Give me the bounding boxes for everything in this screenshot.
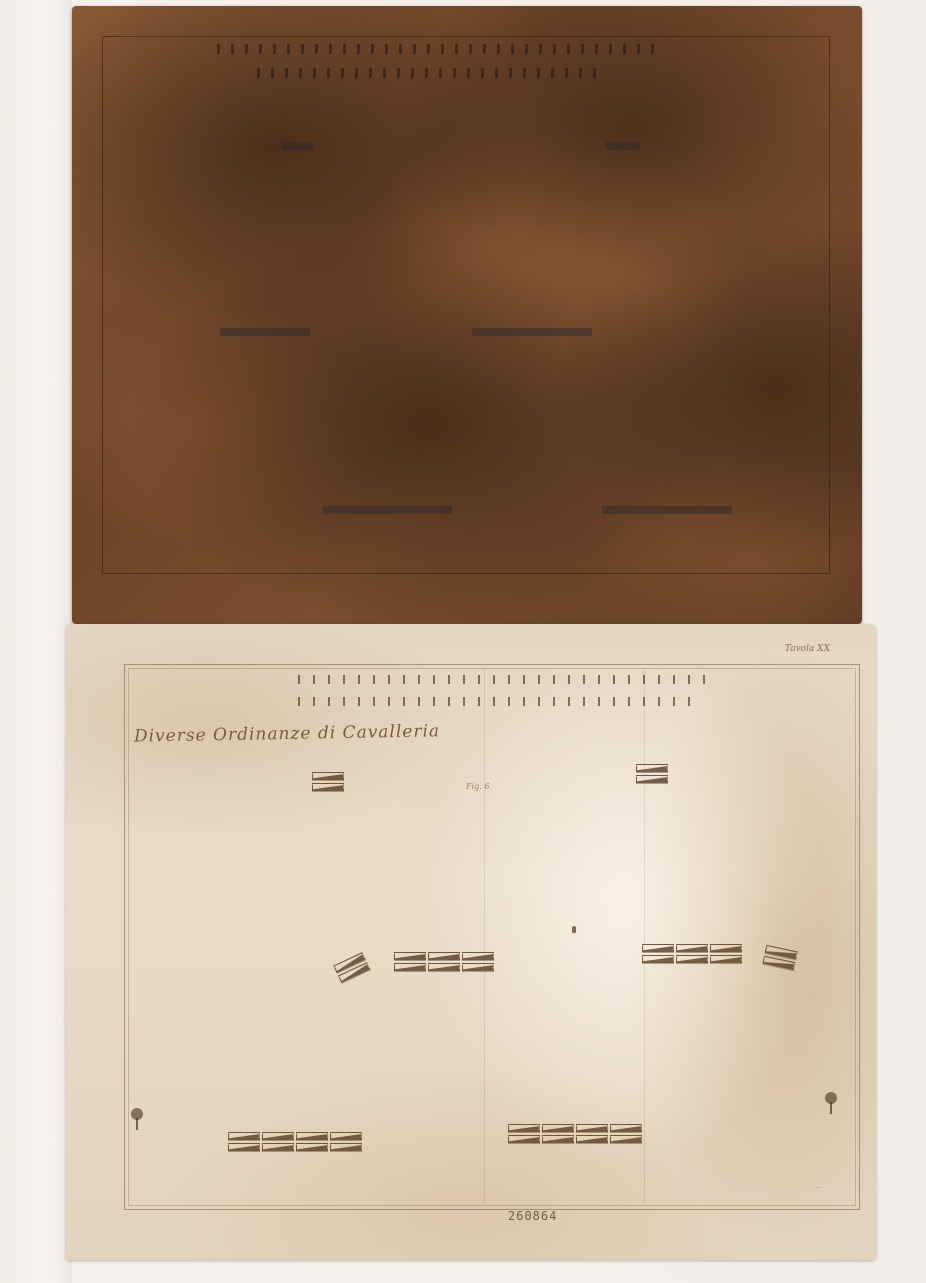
cavalry-unit [312,772,344,792]
fold-line [484,668,485,1204]
cavalry-squadron [508,1124,642,1144]
copper-printing-plate [72,6,862,624]
plate-squadron [322,506,452,514]
cavalry-rank-row-2 [298,697,690,706]
cavalry-squadron [228,1132,362,1152]
plate-unit [282,142,314,150]
plate-squadron [602,506,732,514]
fold-line [644,668,645,1204]
tree-icon [824,1092,838,1114]
cavalry-squadron [642,944,742,964]
officer-figure [572,926,576,933]
plate-squadron [472,328,592,336]
paper-print: Tavola XX Diverse Ordinanze di Cavalleri… [66,624,876,1260]
plate-engraved-border [102,36,830,574]
cavalry-squadron [394,952,494,972]
plate-number-label: Tavola XX [785,644,830,654]
plate-unit [606,142,640,150]
plate-squadron [220,328,310,336]
plate-rank-row-1 [217,44,657,54]
plate-rank-row-2 [257,68,607,78]
engraver-signature: … [815,1182,822,1190]
cavalry-unit [636,764,668,784]
cavalry-rank-row-1 [298,675,710,684]
print-border-inner [128,668,856,1206]
figure-label: Fig. 6 [466,782,489,791]
catalog-number: 260864 [508,1209,557,1223]
tree-icon [130,1108,144,1130]
